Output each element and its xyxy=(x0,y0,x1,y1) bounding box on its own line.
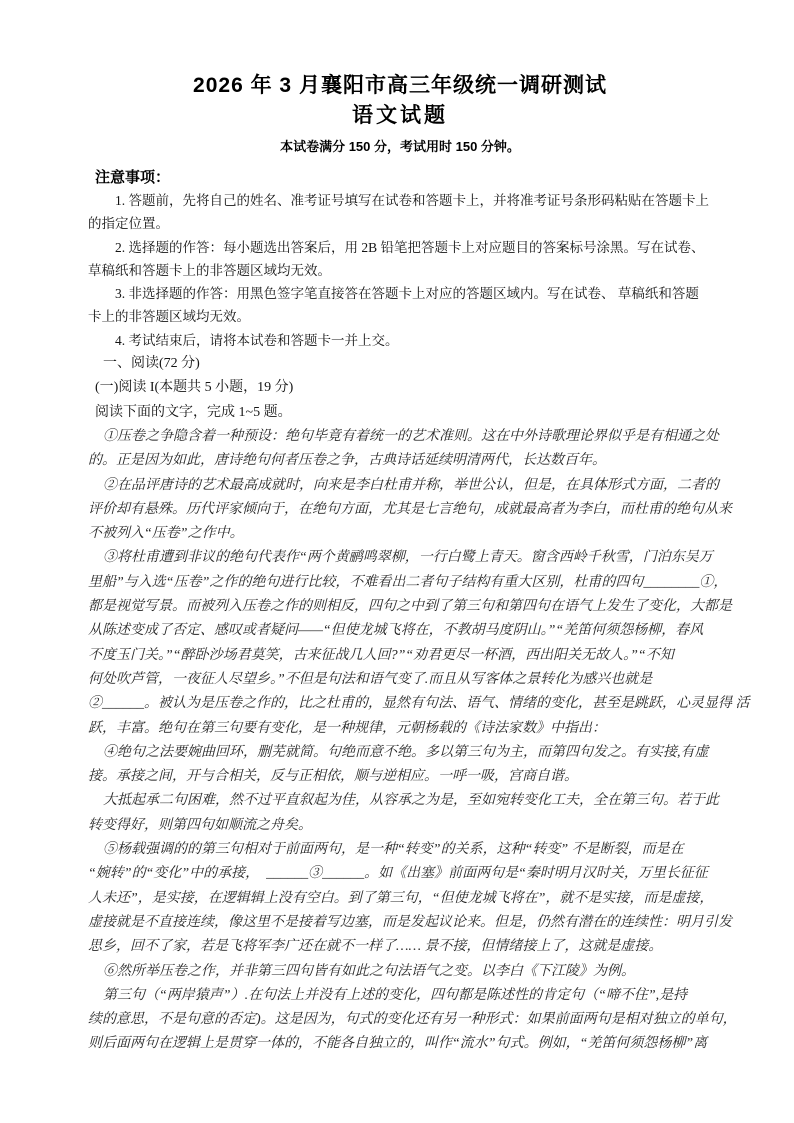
reading-section-subheading: (一)阅读 I(本题共 5 小题，19 分) xyxy=(88,376,712,400)
passage-line: 的。正是因为如此，唐诗绝句何者压卷之争，古典诗话延续明清两代，长达数百年。 xyxy=(88,449,712,473)
passage-line: 里船”与入选“压卷”之作的绝句进行比较，不难看出二者句子结构有重大区别，杜甫的四… xyxy=(88,571,712,595)
passage-line: 人未还”，是实接，在逻辑辑上没有空白。到了第三句，“但使龙城飞将在”，就不是实接… xyxy=(88,887,712,911)
passage-line: ⑤杨载强调的的第三句相对于前面两句，是一种“转变”的关系，这种“转变” 不是断裂… xyxy=(88,838,712,862)
reading-section: 一、阅读(72 分) (一)阅读 I(本题共 5 小题，19 分) 阅读下面的文… xyxy=(88,352,712,1057)
passage-line: ①压卷之争隐含着一种预设：绝句毕竟有着统一的艺术准则。这在中外诗歌理论界似乎是有… xyxy=(88,425,712,449)
notice-line: 3. 非选择题的作答：用黑色签字笔直接答在答题卡上对应的答题区域内。写在试卷、 … xyxy=(88,282,712,305)
passage-line: ④绝句之法要婉曲回环，删芜就简。句绝而意不绝。多以第三句为主，而第四句发之。有实… xyxy=(88,741,712,765)
passage-line: ⑥然所举压卷之作，并非第三四句皆有如此之句法语气之变。以李白《下江陵》为例。 xyxy=(88,960,712,984)
exam-title: 2026 年 3 月襄阳市高三年级统一调研测试 xyxy=(88,72,712,99)
notice-line: 的指定位置。 xyxy=(88,212,712,235)
passage-line: 从陈述变成了否定、感叹或者疑问——“但使龙城飞将在，不教胡马度阴山。”“羌笛何须… xyxy=(88,619,712,643)
notice-heading: 注意事项： xyxy=(88,166,712,189)
passage-line: 则后面两句在逻辑上是贯穿一体的，不能各自独立的，叫作“流水”句式。例如，“羌笛何… xyxy=(88,1032,712,1056)
passage: ①压卷之争隐含着一种预设：绝句毕竟有着统一的艺术准则。这在中外诗歌理论界似乎是有… xyxy=(88,425,712,1057)
passage-line: 都是视觉写景。而被列入压卷之作的则相反，四句之中到了第三句和第四句在语气上发生了… xyxy=(88,595,712,619)
passage-line: 何处吹芦管，一夜征人尽望乡。”不但是句法和语气变了.而且从写客体之景转化为感兴也… xyxy=(88,668,712,692)
exam-subject-title: 语文试题 xyxy=(88,102,712,130)
passage-line: ③将杜甫遭到非议的绝句代表作“两个黄鹂鸣翠柳，一行白鹭上青天。窗含西岭千秋雪，门… xyxy=(88,546,712,570)
passage-line: “婉转”的“变化”中的承接， ______③______。如《出塞》前面两句是“… xyxy=(88,862,712,886)
passage-line: 不被列入“压卷”之作中。 xyxy=(88,522,712,546)
passage-line: 第三句（“两岸猿声”）.在句法上并没有上述的变化，四句都是陈述性的肯定句（“啼不… xyxy=(88,984,712,1008)
passage-line: 转变得好，则第四句如顺流之舟矣。 xyxy=(88,814,712,838)
exam-paper-page: 2026 年 3 月襄阳市高三年级统一调研测试 语文试题 本试卷满分 150 分… xyxy=(0,0,794,1123)
exam-duration-note: 本试卷满分 150 分，考试用时 150 分钟。 xyxy=(88,137,712,156)
reading-instruction: 阅读下面的文字，完成 1~5 题。 xyxy=(88,401,712,425)
passage-line: 接。承接之间，开与合相关，反与正相依，顺与逆相应。一呼一吸，宫商自谐。 xyxy=(88,765,712,789)
passage-line: 大抵起承二句困难，然不过平直叙起为佳，从容承之为是，至如宛转变化工夫，全在第三句… xyxy=(88,789,712,813)
notice-line: 草稿纸和答题卡上的非答题区域均无效。 xyxy=(88,259,712,282)
notice-line: 4. 考试结束后，请将本试卷和答题卡一并上交。 xyxy=(88,329,712,352)
passage-line: 跃，丰富。绝句在第三句要有变化，是一种规律，元朝杨载的《诗法家数》中指出： xyxy=(88,717,712,741)
passage-line: 续的意思，不是句意的否定)。这是因为，句式的变化还有另一种形式：如果前面两句是相… xyxy=(88,1008,712,1032)
passage-line: 评价却有悬殊。历代评家倾向于，在绝句方面，尤其是七言绝句，成就最高者为李白，而杜… xyxy=(88,498,712,522)
notice-line: 2. 选择题的作答：每小题选出答案后，用 2B 铅笔把答题卡上对应题目的答案标号… xyxy=(88,236,712,259)
passage-line: 虚接就是不直接连续，像这里不是接着写边塞，而是发起议论来。但是，仍然有潜在的连续… xyxy=(88,911,712,935)
notice-line: 1. 答题前，先将自己的姓名、准考证号填写在试卷和答题卡上，并将准考证号条形码粘… xyxy=(88,189,712,212)
passage-line: 思乡，回不了家，若是飞将军李广还在就不一样了…… 景不接，但情绪接上了，这就是虚… xyxy=(88,935,712,959)
passage-line: ②在品评唐诗的艺术最高成就时，向来是李白杜甫并称，举世公认，但是，在具体形式方面… xyxy=(88,474,712,498)
notice-items: 1. 答题前，先将自己的姓名、准考证号填写在试卷和答题卡上，并将准考证号条形码粘… xyxy=(88,189,712,352)
passage-line: 不度玉门关。”“醉卧沙场君莫笑，古来征战几人回?”“劝君更尽一杯酒，西出阳关无故… xyxy=(88,644,712,668)
notice-section: 注意事项： 1. 答题前，先将自己的姓名、准考证号填写在试卷和答题卡上，并将准考… xyxy=(88,166,712,352)
notice-line: 卡上的非答题区域均无效。 xyxy=(88,305,712,328)
reading-section-heading: 一、阅读(72 分) xyxy=(88,352,712,376)
passage-line: ②______。被认为是压卷之作的，比之杜甫的，显然有句法、语气、情绪的变化，甚… xyxy=(88,692,712,716)
